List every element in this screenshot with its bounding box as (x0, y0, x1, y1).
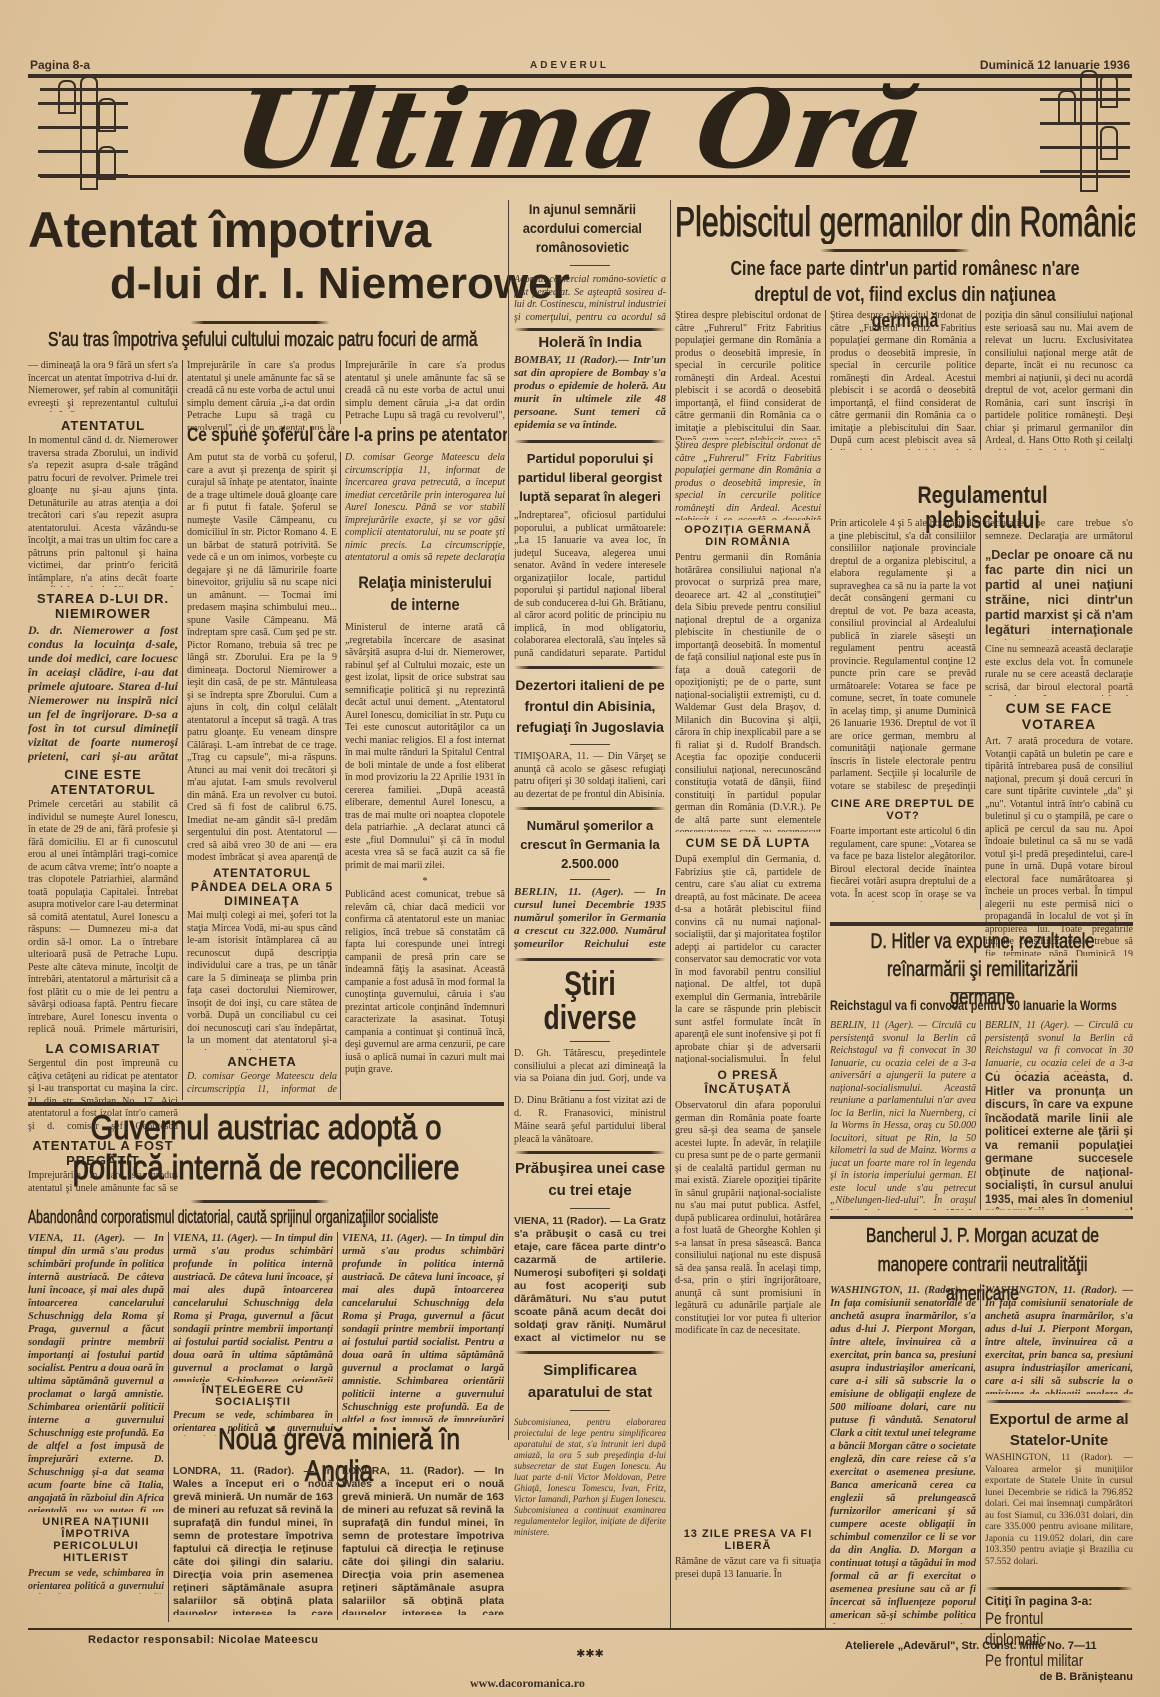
subheadline-niemerower-wrap: S'au tras împotriva şefului cultului moz… (48, 330, 508, 351)
section-title: O PRESĂ ÎNCĂTUŞATĂ (675, 1068, 821, 1096)
hitler-col-2: BERLIN, 11 (Ager). — Circulă cu persiste… (985, 1020, 1133, 1210)
headline-austria: Guvernul austriac adoptă o politică inte… (61, 1108, 470, 1188)
section-text: Observatorul din afara poporului german … (675, 1100, 821, 1524)
section-text: Publicând acest comunicat, trebue să rel… (345, 889, 505, 1079)
printer-credit: Atelierele „Adevărul", Str. Const. Mille… (845, 1640, 1097, 1652)
text-plebiscit: Ştirea despre plebiscitul ordonat de căt… (675, 310, 821, 440)
section-title: CINE ARE DREPTUL DE VOT? (830, 798, 976, 822)
section-text: D. comisar George Mateescu dela circumsc… (187, 1071, 337, 1097)
text-after-declaration: Cine nu semnează această declaraţie este… (985, 644, 1133, 696)
text-anglia: LONDRA, 11. (Rador). — In Wales a începu… (173, 1465, 333, 1615)
section-title: LA COMISARIAT (28, 1041, 178, 1056)
plebiscit-col-3: poziţia din sânul consiliului naţional e… (985, 310, 1133, 450)
ornament-divider (190, 321, 330, 324)
text-hitler: BERLIN, 11 (Ager). — Circulă cu persiste… (830, 1020, 976, 1210)
section-title: CINE ESTE ATENTATORUL (28, 767, 178, 797)
subheadline-austria: Abandonând corporatismul dictatorial, ca… (28, 1208, 352, 1227)
text-holera: BOMBAY, 11 (Rador).— Intr'un sat din apr… (514, 354, 666, 434)
section-title: ANCHETA (187, 1054, 337, 1069)
text-dezertori: TIMIŞOARA, 11. — Din Vârşeţ se anunţă că… (514, 751, 666, 801)
plebiscit-col-1: Ştirea despre plebiscitul ordonat de căt… (675, 310, 821, 1582)
stiri-item: Mâine seară şeful partidului liberal ple… (514, 1121, 666, 1147)
section-text: D. dr. Niemerower a fost condus la locui… (28, 623, 178, 763)
soferul-col-2: Am putut sta de vorbă cu şoferul, care a… (187, 452, 337, 1097)
declaration-quote: „Declar pe onoare că nu fac parte din ni… (985, 548, 1133, 640)
regulament-col-1: Prin articolele 4 şi 5 ale hotărârii de … (830, 518, 976, 902)
headline-niemerower-1: Atentat împotriva (28, 205, 431, 255)
niemerower-col-2: Împrejurările în care s'a produs atentat… (187, 360, 335, 430)
section-title: OPOZIŢIA GERMANĂ DIN ROMÂNIA (675, 524, 821, 548)
section-text: Împrejurările în care s'a produs atentat… (345, 360, 505, 424)
text-export: WASHINGTON, 11 (Rador). — Valoarea armel… (985, 1453, 1133, 1583)
text-plebiscit: Ştirea despre plebiscitul ordonat de căt… (675, 440, 821, 520)
austria-col-1: VIENA, 11. (Ager). — In timpul din urmă … (28, 1232, 164, 1594)
masthead-ornament-right (1040, 70, 1130, 192)
section-text: Pentru germanii din România hotărârea co… (675, 552, 821, 832)
newspaper-page: Pagina 8-a ADEVERUL Duminică 12 Ianuarie… (0, 0, 1160, 1697)
text-austria-closing: Precum se vede, schimbarea în orientarea… (28, 1568, 164, 1594)
headline-georgist: Partidul poporului şi partidul liberal g… (514, 449, 666, 506)
subheadline-hitler: Reichstagul va fi convocat pentru 30 Ian… (830, 998, 1068, 1013)
section-title: UNIREA NAŢIUNII ÎMPOTRIVA PERICOLULUI HI… (28, 1516, 164, 1564)
morgan-col-2: WASHINGTON, 11. (Rador). — In faţa comis… (985, 1284, 1133, 1683)
text-simplificarea: Subcomisiunea, pentru elaborarea proiect… (514, 1417, 666, 1647)
text-sovietic: Acordul comercial româno-sovietic a fost… (514, 274, 666, 324)
section-title: ÎNŢELEGERE CU SOCIALIŞTII (173, 1384, 333, 1408)
soferul-headline-wrap: Ce spune şoferul care l-a prins pe atent… (187, 426, 507, 446)
plebiscit-col-2: Ştirea despre plebiscitul ordonat de căt… (830, 310, 976, 450)
text-morgan: WASHINGTON, 11. (Rador). — In faţa comis… (830, 1284, 976, 1624)
headline-sovietic: In ajunul semnării acordului comercial r… (514, 200, 651, 257)
promo-line-2[interactable]: Pe frontul militar (985, 1650, 1103, 1671)
masthead-title: Ultima Oră (122, 70, 1039, 190)
section-title: 13 ZILE PRESA VA FI LIBERĂ (675, 1528, 821, 1552)
section-title: CUM SE DĂ LUPTA (675, 836, 821, 850)
section-text: Primele cercetări au stabilit că individ… (28, 799, 178, 1037)
text-prabusire: VIENA, 11 (Rador). — La Gratz s'a prăbuş… (514, 1215, 666, 1345)
end-mark: ✱✱✱ (514, 1647, 666, 1660)
headline-plebiscit: Plebiscitul germanilor din România (675, 200, 1006, 244)
declaration-intro: declaraţie pe care trebue s'o semneze. D… (985, 518, 1133, 544)
anglia-col-1: LONDRA, 11. (Rador). — In Wales a începu… (173, 1465, 333, 1615)
text-anglia: LONDRA, 11. (Rador). — In Wales a începu… (342, 1465, 504, 1615)
anglia-col-2: LONDRA, 11. (Rador). — In Wales a începu… (342, 1465, 504, 1615)
regulament-col-2: declaraţie pe care trebue s'o semneze. D… (985, 518, 1133, 956)
hitler-col-1: BERLIN, 11 (Ager). — Circulă cu persiste… (830, 1020, 976, 1210)
masthead-ornament-left (38, 70, 128, 192)
text-regulament: Prin articolele 4 şi 5 ale hotărârii de … (830, 518, 976, 794)
text-austria: VIENA, 11. (Ager). — In timpul din urmă … (28, 1232, 164, 1512)
headline-niemerower-2: d-lui dr. I. Niemerower (110, 262, 570, 306)
austria-col-3: VIENA, 11. (Ager). — In timpul din urmă … (342, 1232, 504, 1422)
headline-someri: Numărul şomerilor a crescut în Germania … (514, 816, 666, 873)
section-rule (28, 1102, 504, 1106)
section-title: ATENTATUL (28, 418, 178, 433)
asterisk-divider: * (345, 876, 505, 887)
section-title: ATENTATORUL PÂNDEA DELA ORA 5 DIMINEAŢA (187, 866, 337, 908)
headline-soferul: Ce spune şoferul care l-a prins pe atent… (187, 426, 449, 446)
section-text: Ministerul de interne arată că „regretab… (345, 622, 505, 874)
text-plebiscit-col3: poziţia din sânul consiliului naţional e… (985, 310, 1133, 450)
text-hitler: BERLIN, 11 (Ager). — Circulă cu persiste… (985, 1020, 1133, 1072)
subheadline-niemerower: S'au tras împotriva şefului cultului moz… (48, 330, 407, 351)
text-someri: BERLIN, 11. (Ager). — In cursul lunei De… (514, 886, 666, 952)
section-text: Rămâne de văzut care va fi situaţia pres… (675, 1556, 821, 1582)
section-text: Foarte important este articolul 6 din re… (830, 826, 976, 902)
section-text: Împrejurările în care s'a produs atentat… (187, 360, 335, 430)
text-plebiscit: Ştirea despre plebiscitul ordonat de căt… (830, 310, 976, 450)
stiri-item: D. Gh. Tătărescu, preşedintele consiliul… (514, 1048, 666, 1086)
niemerower-col-1: — dimineaţă la ora 9 fără un sfert s'a î… (28, 360, 178, 1196)
editor-credit: Redactor responsabil: Nicolae Mateescu (88, 1634, 319, 1646)
austria-col-2: VIENA, 11. (Ager). — In timpul din urmă … (173, 1232, 333, 1436)
headline-stiri: Ştiri diverse (531, 967, 650, 1035)
subheadline-austria-wrap: Abandonând corporatismul dictatorial, ca… (28, 1208, 504, 1227)
subheadline-hitler-wrap: Reichstagul va fi convocat pentru 30 Ian… (830, 998, 1135, 1013)
section-text: După exemplul din Germania, d. Fabrizius… (675, 854, 821, 1064)
niemerower-col-3-top: Împrejurările în care s'a produs atentat… (345, 360, 505, 424)
morgan-col-1: WASHINGTON, 11. (Rador). — In faţa comis… (830, 1284, 976, 1624)
headline-export: Exportul de arme al Statelor-Unite (985, 1409, 1133, 1451)
text-austria: VIENA, 11. (Ager). — In timpul din urmă … (342, 1232, 504, 1422)
watermark-link[interactable]: www.dacoromanica.ro (470, 1676, 585, 1691)
promo-intro: Citiţi în pagina 3-a: (985, 1594, 1133, 1608)
headline-simplificarea: Simplificarea aparatului de stat (514, 1360, 666, 1404)
ancheta-col-3: D. comisar George Mateescu dela circumsc… (345, 452, 505, 1079)
headline-holera: Holeră în India (514, 335, 666, 350)
middle-column: In ajunul semnării acordului comercial r… (514, 200, 666, 1660)
text-georgist: „Îndreptarea", oficiosul partidului popo… (514, 510, 666, 660)
section-text: Mai mulţi colegi ai mei, şoferi tot la s… (187, 910, 337, 1050)
stiri-item: D. Dinu Brătianu a fost vizitat azi de d… (514, 1095, 666, 1121)
text-hitler-bold: Cu ocazia aceasta, d. Hitler va pronunţa… (985, 1072, 1133, 1210)
promo-author: de B. Brănişteanu (985, 1671, 1133, 1683)
text-morgan: WASHINGTON, 11. (Rador). — In faţa comis… (985, 1284, 1133, 1394)
section-text: Am putut sta de vorbă cu şoferul, care a… (187, 452, 337, 862)
headline-relatia: Relaţia ministerului de interne (357, 572, 493, 616)
plebiscit-headline-wrap: Plebiscitul germanilor din România (675, 200, 1135, 244)
article-lead: — dimineaţă la ora 9 fără un sfert s'a î… (28, 360, 178, 412)
headline-dezertori: Dezertori italieni de pe frontul din Abi… (514, 675, 666, 738)
section-text: In momentul când d. dr. Niemerower trave… (28, 435, 178, 587)
section-title: STAREA D-LUI DR. NIEMIROWER (28, 591, 178, 621)
section-title: CUM SE FACE VOTAREA (985, 700, 1133, 732)
text-austria: VIENA, 11. (Ager). — In timpul din urmă … (173, 1232, 333, 1382)
section-text: D. comisar George Mateescu dela circumsc… (345, 452, 505, 562)
headline-prabusire: Prăbuşirea unei case cu trei etaje (514, 1158, 666, 1202)
